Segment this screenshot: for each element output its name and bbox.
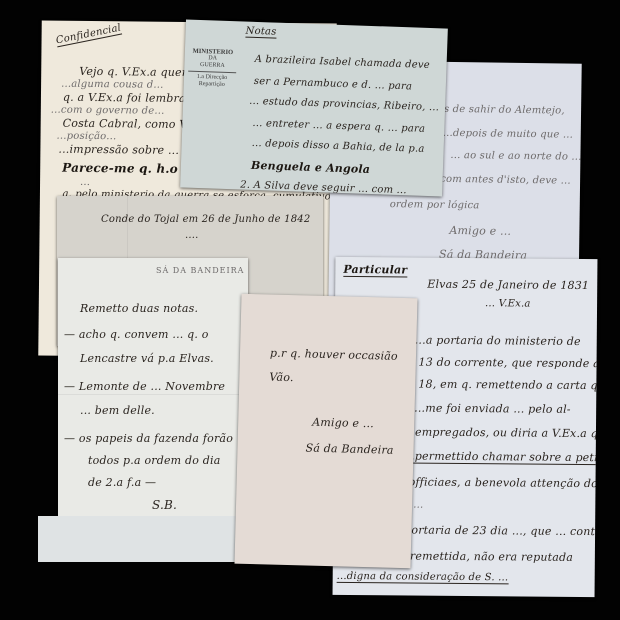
handwriting-line: ...permettido chamar sobre a petição xyxy=(404,449,598,465)
handwriting-line: ...portaria de 23 dia ..., que ... conta xyxy=(393,523,597,538)
handwriting-line: ... xyxy=(80,177,90,188)
handwriting-line: ... xyxy=(413,500,423,511)
handwriting-line: .... xyxy=(185,230,199,241)
white-note: SÁ DA BANDEIRA Remetto duas notas. — ach… xyxy=(58,258,248,534)
letter-header: Notas xyxy=(245,26,276,39)
handwriting-line: ...depois de muito que ... xyxy=(443,128,573,141)
handwriting-line: de 2.a f.a — xyxy=(88,476,156,489)
handwriting-line: ... estudo das provincias, Ribeiro, ... xyxy=(249,96,439,114)
handwriting-line: todos p.a ordem do dia xyxy=(88,454,220,467)
handwriting-line: Amigo e ... xyxy=(449,224,511,238)
handwriting-line: ...impressão sobre ... xyxy=(58,143,179,157)
handwriting-line: ... V.Ex.a xyxy=(485,298,531,309)
handwriting-line: ...me foi enviada ... pelo al- xyxy=(414,402,571,416)
handwriting-line: — acho q. convem ... q. o xyxy=(64,328,209,341)
letterhead-line: Repartição xyxy=(188,81,236,90)
handwriting-line: ...officiaes, a benevola attenção do xyxy=(397,475,597,490)
handwriting-line: Remetto duas notas. xyxy=(80,302,198,315)
white-note-underleaf xyxy=(38,516,238,562)
signature: S.B. xyxy=(152,498,177,512)
handwriting-line: ...posição... xyxy=(56,131,116,143)
handwriting-line: A brazileira Isabel chamada deve xyxy=(254,54,430,71)
handwriting-line: ordem por lógica xyxy=(390,199,480,211)
letter-header: Confidencial xyxy=(55,23,122,48)
handwriting-line: ...a portaria do ministerio de xyxy=(415,334,581,348)
blue-ministry-note: Notas MINISTERIO DA GUERRA 1.a Direcção … xyxy=(180,19,448,196)
ministry-letterhead: MINISTERIO DA GUERRA 1.a Direcção Repart… xyxy=(188,48,237,90)
handwriting-line: 13 do corrente, que responde ao meu xyxy=(419,356,598,371)
letterhead-line: GUERRA xyxy=(188,62,236,74)
photo-stage: Confidencial Vejo q. V.Ex.a quer a d... … xyxy=(0,0,620,620)
letter-header: SÁ DA BANDEIRA xyxy=(156,266,244,275)
handwriting-line: ...empregados, ou diria a V.Ex.a que xyxy=(404,425,598,440)
handwriting-line: Conde do Tojal em 26 de Junho de 1842 xyxy=(101,214,310,225)
dateline: Elvas 25 de Janeiro de 1831 xyxy=(427,278,589,292)
handwriting-line: Amigo e ... xyxy=(312,416,374,431)
handwriting-line: — Lemonte de ... Novembre xyxy=(64,380,225,393)
handwriting-line: 18, em q. remettendo a carta q. de xyxy=(418,378,597,393)
handwriting-line: ...com o governo de... xyxy=(51,105,165,117)
handwriting-line: ... depois disso a Bahia, de la p.a xyxy=(252,138,425,155)
handwriting-line: ... entreter ... a espera q. ... para xyxy=(252,118,425,135)
handwriting-line: ... ao sul e ao norte do ... xyxy=(450,150,581,163)
handwriting-line: ... bem delle. xyxy=(80,404,155,417)
pink-note: p.r q. houver occasião Vão. Amigo e ... … xyxy=(234,294,417,569)
handwriting-line: ...remettida, não era reputada xyxy=(399,549,573,564)
handwriting-line: Vão. xyxy=(269,371,294,385)
handwriting-line: — os papeis da fazenda forão xyxy=(64,432,233,445)
handwriting-line: Lencastre vá p.a Elvas. xyxy=(80,352,214,365)
paper-fold xyxy=(58,394,248,395)
handwriting-line: ...com antes d'isto, deve ... xyxy=(430,174,571,187)
handwriting-line: q. a V.Ex.a foi lembrar... xyxy=(63,91,201,105)
handwriting-line: p.r q. houver occasião xyxy=(270,347,398,363)
signature: Sá da Bandeira xyxy=(305,441,393,456)
handwriting-line: ...digna da consideração de S. ... xyxy=(337,571,509,584)
handwriting-line: ...alguma cousa d... xyxy=(61,79,164,91)
letter-header: Particular xyxy=(343,263,407,278)
handwriting-line: ser a Pernambuco e d. ... para xyxy=(254,76,413,93)
handwriting-line: Benguela e Angola xyxy=(251,159,371,176)
